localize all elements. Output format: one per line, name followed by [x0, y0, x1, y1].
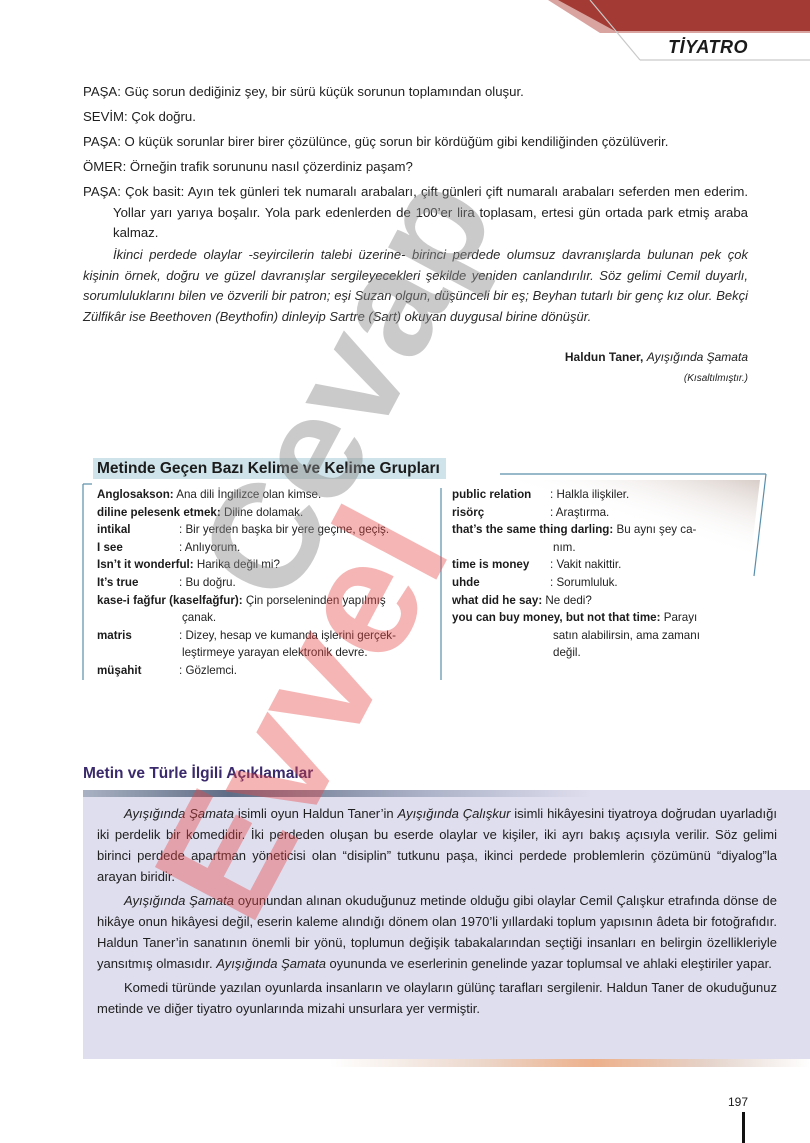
glossary-definition: : Anlıyorum. — [179, 541, 240, 554]
dialogue-line: ÖMER: Örneğin trafik sorununu nasıl çöze… — [83, 157, 748, 178]
glossary-term: I see — [97, 539, 179, 557]
glossary-entry: kase-i fağfur (kaselfağfur): Çin porsele… — [97, 592, 427, 610]
speech-text: Çok basit: Ayın tek günleri tek numaralı… — [113, 184, 748, 240]
abridged-note: (Kısaltılmıştır.) — [684, 373, 748, 384]
section-title: TİYATRO — [668, 37, 748, 58]
dialogue-line: PAŞA: O küçük sorunlar birer birer çözül… — [83, 132, 748, 153]
glossary-entry: diline pelesenk etmek: Diline dolamak. — [97, 504, 427, 522]
glossary-definition: : Vakit nakittir. — [550, 558, 621, 571]
explanation-paragraph: Komedi türünde yazılan oyunlarda insanla… — [97, 977, 777, 1019]
glossary-entry: Isn’t it wonderful: Harika değil mi? — [97, 556, 427, 574]
glossary-entry: I see: Anlıyorum. — [97, 539, 427, 557]
dialogue: PAŞA: Güç sorun dediğiniz şey, bir sürü … — [83, 82, 748, 248]
glossary-term: what did he say: — [452, 594, 542, 607]
glossary-entry: risörç: Araştırma. — [452, 504, 730, 522]
glossary-definition: Çin porseleninden yapılmış — [243, 594, 386, 607]
glossary-definition: Ana dili İngilizce olan kimse. — [174, 488, 322, 501]
page-number: 197 — [728, 1095, 748, 1109]
glossary-definition-continued: çanak. — [97, 609, 427, 627]
speech-text: Örneğin trafik sorununu nasıl çözerdiniz… — [126, 159, 413, 174]
text-run: oyununda ve eserlerinin genelinde yazar … — [326, 956, 772, 971]
explanations-title: Metin ve Türle İlgili Açıklamalar — [83, 765, 313, 783]
glossary-term: time is money — [452, 556, 550, 574]
glossary-definition-continued: leştirmeye yarayan elektronik devre. — [97, 644, 427, 662]
speech-text: Çok doğru. — [128, 109, 196, 124]
glossary-definition: Harika değil mi? — [194, 558, 280, 571]
work-title: Ayışığında Şamata — [124, 806, 234, 821]
glossary-definition: Bu aynı şey ca- — [613, 523, 696, 536]
glossary-title: Metinde Geçen Bazı Kelime ve Kelime Grup… — [93, 458, 446, 479]
glossary-definition: : Gözlemci. — [179, 664, 237, 677]
narration: İkinci perdede olaylar -seyircilerin tal… — [83, 245, 748, 327]
citation: Haldun Taner, Ayışığında Şamata — [565, 350, 748, 364]
speaker-name: PAŞA: — [83, 184, 121, 199]
text-run: isimli oyun Haldun Taner’in — [234, 806, 398, 821]
glossary-definition-continued: satın alabilirsin, ama zamanı değil. — [452, 627, 730, 662]
glossary-definition: Ne dedi? — [542, 594, 592, 607]
glossary-definition: : Sorumluluk. — [550, 576, 618, 589]
explanations-rule — [83, 790, 810, 797]
glossary-term: diline pelesenk etmek: — [97, 506, 221, 519]
glossary-entry: what did he say: Ne dedi? — [452, 592, 730, 610]
glossary-term: public relation — [452, 486, 550, 504]
glossary-term: kase-i fağfur (kaselfağfur): — [97, 594, 243, 607]
glossary-definition: : Bir yerden başka bir yere geçme, geçiş… — [179, 523, 389, 536]
dialogue-line: PAŞA: Çok basit: Ayın tek günleri tek nu… — [83, 182, 748, 244]
glossary-definition-continued: nım. — [452, 539, 730, 557]
speaker-name: PAŞA: — [83, 84, 121, 99]
glossary-term: Isn’t it wonderful: — [97, 558, 194, 571]
glossary-term: müşahit — [97, 662, 179, 680]
glossary-definition: Diline dolamak. — [221, 506, 303, 519]
glossary-entry: intikal: Bir yerden başka bir yere geçme… — [97, 521, 427, 539]
glossary-definition: Parayı — [660, 611, 697, 624]
glossary-entry: that’s the same thing darling: Bu aynı ş… — [452, 521, 730, 539]
header-band — [0, 0, 810, 70]
glossary-right-column: public relation: Halkla ilişkiler.risörç… — [452, 486, 730, 662]
glossary-left-column: Anglosakson: Ana dili İngilizce olan kim… — [97, 486, 427, 680]
work-title: Ayışığında Şamata — [124, 893, 234, 908]
glossary-entry: müşahit: Gözlemci. — [97, 662, 427, 680]
glossary-definition: : Halkla ilişkiler. — [550, 488, 629, 501]
explanation-paragraph: Ayışığında Şamata isimli oyun Haldun Tan… — [97, 803, 777, 887]
glossary-entry: Anglosakson: Ana dili İngilizce olan kim… — [97, 486, 427, 504]
glossary-definition: : Dizey, hesap ve kumanda işlerini gerçe… — [179, 629, 396, 642]
page-marker-bar — [742, 1112, 745, 1143]
glossary-entry: It’s true: Bu doğru. — [97, 574, 427, 592]
glossary-entry: uhde: Sorumluluk. — [452, 574, 730, 592]
work-title: Ayışığında Çalışkur — [398, 806, 511, 821]
speaker-name: ÖMER: — [83, 159, 126, 174]
glossary-definition: : Araştırma. — [550, 506, 609, 519]
glossary-term: you can buy money, but not that time: — [452, 611, 660, 624]
glossary-term: matris — [97, 627, 179, 645]
explanation-paragraph: Ayışığında Şamata oyunundan alınan okudu… — [97, 890, 777, 974]
speech-text: Güç sorun dediğiniz şey, bir sürü küçük … — [121, 84, 524, 99]
glossary-definition: : Bu doğru. — [179, 576, 236, 589]
glossary-term: Anglosakson: — [97, 488, 174, 501]
glossary-term: intikal — [97, 521, 179, 539]
glossary-term: uhde — [452, 574, 550, 592]
speech-text: O küçük sorunlar birer birer çözülünce, … — [121, 134, 669, 149]
text-run: Komedi türünde yazılan oyunlarda insanla… — [97, 980, 777, 1016]
glossary-entry: time is money: Vakit nakittir. — [452, 556, 730, 574]
glossary-term: It’s true — [97, 574, 179, 592]
glossary-entry: matris: Dizey, hesap ve kumanda işlerini… — [97, 627, 427, 645]
dialogue-line: SEVİM: Çok doğru. — [83, 107, 748, 128]
dialogue-line: PAŞA: Güç sorun dediğiniz şey, bir sürü … — [83, 82, 748, 103]
citation-author: Haldun Taner, — [565, 350, 643, 364]
explanations-glow — [330, 1059, 810, 1067]
work-title: Ayışığında Şamata — [216, 956, 326, 971]
glossary-term: risörç — [452, 504, 550, 522]
glossary-entry: you can buy money, but not that time: Pa… — [452, 609, 730, 627]
glossary-term: that’s the same thing darling: — [452, 523, 613, 536]
speaker-name: SEVİM: — [83, 109, 128, 124]
citation-work: Ayışığında Şamata — [647, 350, 748, 364]
glossary-entry: public relation: Halkla ilişkiler. — [452, 486, 730, 504]
explanations-text: Ayışığında Şamata isimli oyun Haldun Tan… — [97, 803, 777, 1022]
speaker-name: PAŞA: — [83, 134, 121, 149]
